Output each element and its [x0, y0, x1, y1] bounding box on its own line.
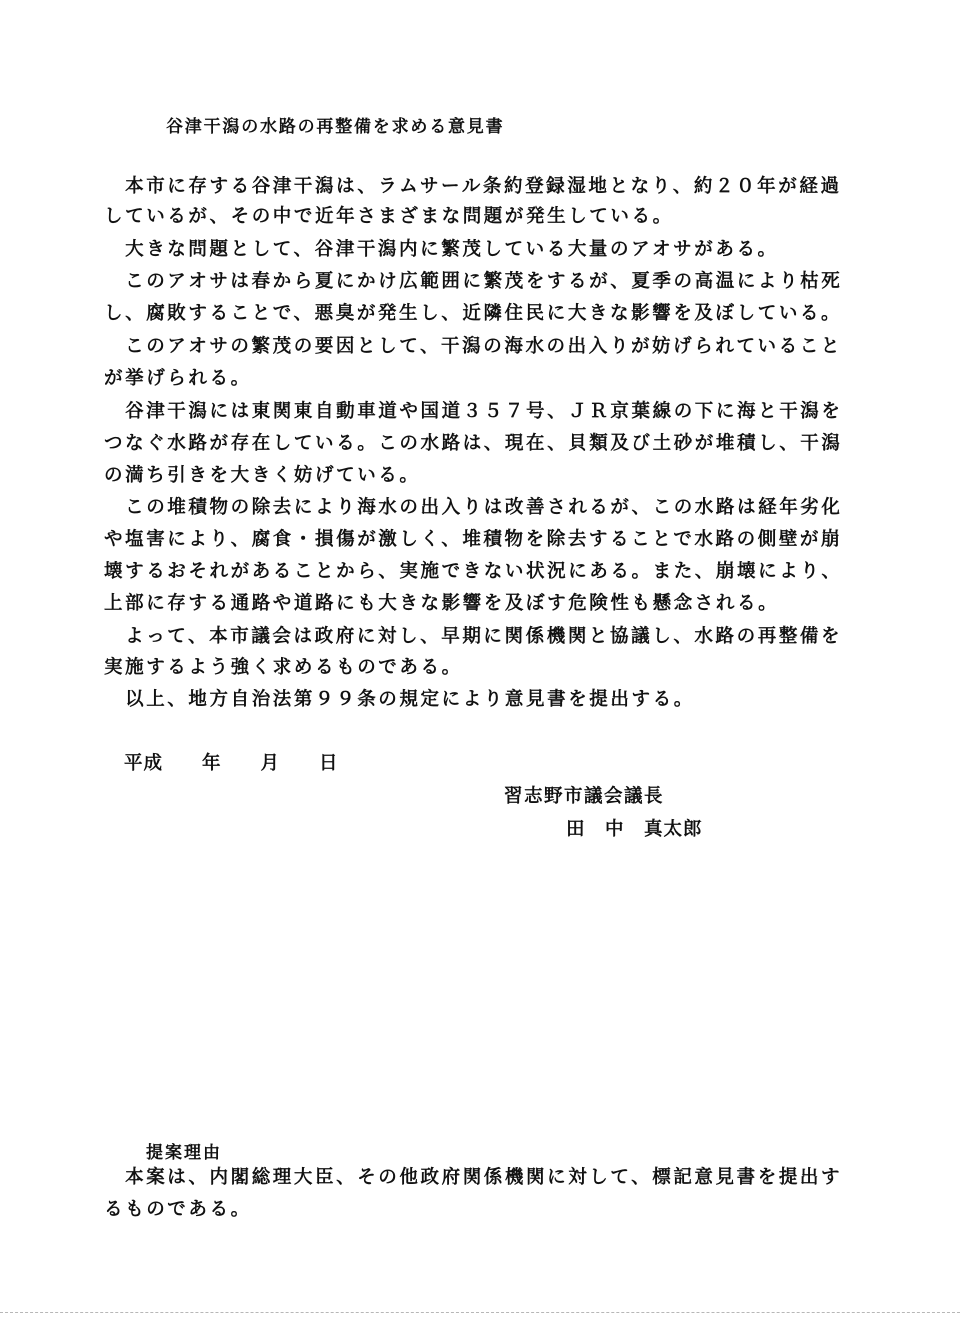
body-line: 本市に存する谷津干潟は、ラムサール条約登録湿地となり、約２０年が経過 [104, 175, 842, 199]
body-line: 実施するよう強く求めるものである。 [104, 656, 463, 680]
date-line: 平成 年 月 日 [124, 752, 339, 776]
signatory-name: 田 中 真太郎 [566, 818, 703, 842]
body-line: この堆積物の除去により海水の出入りは改善されるが、この水路は経年劣化 [104, 496, 843, 520]
reason-line: 本案は、内閣総理大臣、その他政府関係機関に対して、標記意見書を提出す [104, 1166, 842, 1190]
body-line: しているが、その中で近年さまざまな問題が発生している。 [104, 205, 674, 229]
body-line: 上部に存する通路や道路にも大きな影響を及ぼす危険性も懸念される。 [104, 592, 779, 616]
document-title: 谷津干潟の水路の再整備を求める意見書 [166, 112, 504, 137]
reason-heading: 提案理由 [146, 1138, 222, 1163]
body-line: の満ち引きを大きく妨げている。 [104, 464, 421, 488]
body-line: 谷津干潟には東関東自動車道や国道３５７号、ＪＲ京葉線の下に海と干潟を [104, 400, 843, 424]
body-line: 大きな問題として、谷津干潟内に繁茂している大量のアオサがある。 [104, 238, 779, 262]
body-line: 壊するおそれがあることから、実施できない状況にある。また、崩壊により、 [104, 560, 843, 584]
body-line: が挙げられる。 [104, 367, 252, 391]
body-line: や塩害により、腐食・損傷が激しく、堆積物を除去することで水路の側壁が崩 [104, 528, 842, 552]
body-line: し、腐敗することで、悪臭が発生し、近隣住民に大きな影響を及ぼしている。 [104, 302, 842, 326]
body-line: よって、本市議会は政府に対し、早期に関係機関と協議し、水路の再整備を [104, 625, 842, 649]
body-line: このアオサの繁茂の要因として、干潟の海水の出入りが妨げられていること [104, 335, 842, 359]
body-line: つなぐ水路が存在している。この水路は、現在、貝類及び土砂が堆積し、干潟 [104, 432, 843, 456]
body-line: 以上、地方自治法第９９条の規定により意見書を提出する。 [104, 688, 695, 712]
reason-line: るものである。 [104, 1198, 252, 1222]
signatory-org: 習志野市議会議長 [504, 785, 664, 809]
scan-edge-divider [0, 1312, 960, 1315]
body-line: このアオサは春から夏にかけ広範囲に繁茂をするが、夏季の高温により枯死 [104, 270, 842, 294]
